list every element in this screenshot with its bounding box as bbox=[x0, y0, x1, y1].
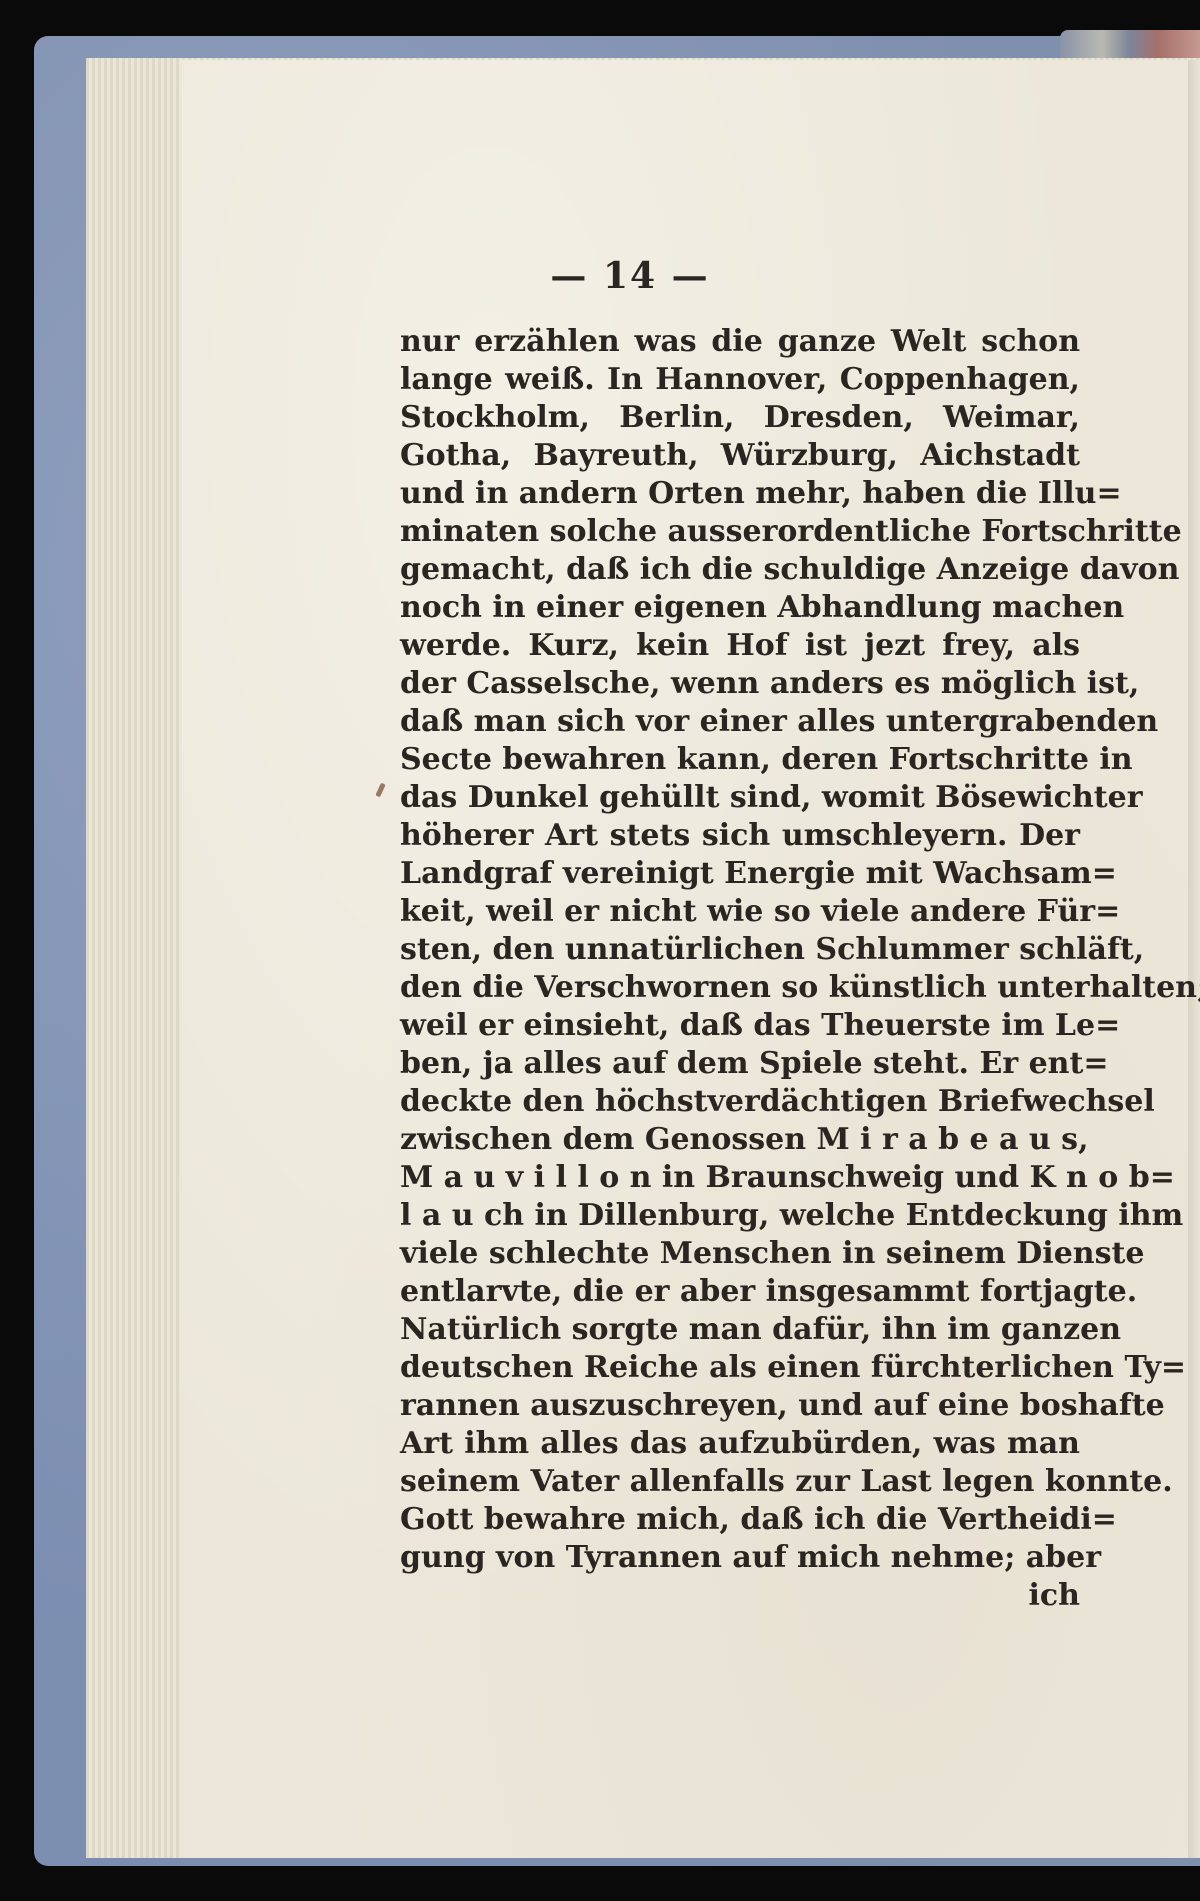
text-line: weil er einsieht, daß das Theuerste im L… bbox=[400, 1007, 1080, 1045]
text-line: Stockholm, Berlin, Dresden, Weimar, bbox=[400, 399, 1080, 437]
text-line: deutschen Reiche als einen fürchterliche… bbox=[400, 1349, 1080, 1387]
text-line: Natürlich sorgte man dafür, ihn im ganze… bbox=[400, 1311, 1080, 1349]
text-line: daß man sich vor einer alles untergraben… bbox=[400, 703, 1080, 741]
text-line: lange weiß. In Hannover, Coppenhagen, bbox=[400, 361, 1080, 399]
text-line: gemacht, daß ich die schuldige Anzeige d… bbox=[400, 551, 1080, 589]
text-line: und in andern Orten mehr, haben die Illu… bbox=[400, 475, 1080, 513]
text-line: keit, weil er nicht wie so viele andere … bbox=[400, 893, 1080, 931]
text-line: noch in einer eigenen Abhandlung machen bbox=[400, 589, 1080, 627]
page-fold-edge bbox=[1188, 60, 1200, 1858]
body-text: nur erzählen was die ganze Welt schon la… bbox=[400, 323, 1080, 1615]
text-line: höherer Art stets sich umschleyern. Der bbox=[400, 817, 1080, 855]
text-line: rannen auszuschreyen, und auf eine bosha… bbox=[400, 1387, 1080, 1425]
text-line: deckte den höchstverdächtigen Briefwechs… bbox=[400, 1083, 1080, 1121]
text-line: Art ihm alles das aufzubürden, was man bbox=[400, 1425, 1080, 1463]
text-line: M a u v i l l o n in Braunschweig und K … bbox=[400, 1159, 1080, 1197]
text-line: der Casselsche, wenn anders es möglich i… bbox=[400, 665, 1080, 703]
text-line: Landgraf vereinigt Energie mit Wachsam= bbox=[400, 855, 1080, 893]
text-line: minaten solche ausserordentliche Fortsch… bbox=[400, 513, 1080, 551]
page-number: — 14 — bbox=[280, 255, 980, 297]
text-line: nur erzählen was die ganze Welt schon bbox=[400, 323, 1080, 361]
text-line: Gott bewahre mich, daß ich die Vertheidi… bbox=[400, 1501, 1080, 1539]
text-line: l a u ch in Dillenburg, welche Entdeckun… bbox=[400, 1197, 1080, 1235]
text-line: ben, ja alles auf dem Spiele steht. Er e… bbox=[400, 1045, 1080, 1083]
text-line: das Dunkel gehüllt sind, womit Bösewicht… bbox=[400, 779, 1080, 817]
text-line: Gotha, Bayreuth, Würzburg, Aichstadt bbox=[400, 437, 1080, 475]
text-line: entlarvte, die er aber insgesammt fortja… bbox=[400, 1273, 1080, 1311]
text-line: gung von Tyrannen auf mich nehme; aber bbox=[400, 1539, 1080, 1577]
text-line: Secte bewahren kann, deren Fortschritte … bbox=[400, 741, 1080, 779]
text-line: sten, den unnatürlichen Schlummer schläf… bbox=[400, 931, 1080, 969]
text-line: viele schlechte Menschen in seinem Diens… bbox=[400, 1235, 1080, 1273]
text-line: werde. Kurz, kein Hof ist jezt frey, als bbox=[400, 627, 1080, 665]
text-line: zwischen dem Genossen M i r a b e a u s, bbox=[400, 1121, 1080, 1159]
catchword: ich bbox=[400, 1577, 1080, 1615]
text-line: seinem Vater allenfalls zur Last legen k… bbox=[400, 1463, 1080, 1501]
text-line: den die Verschwornen so künstlich unterh… bbox=[400, 969, 1080, 1007]
